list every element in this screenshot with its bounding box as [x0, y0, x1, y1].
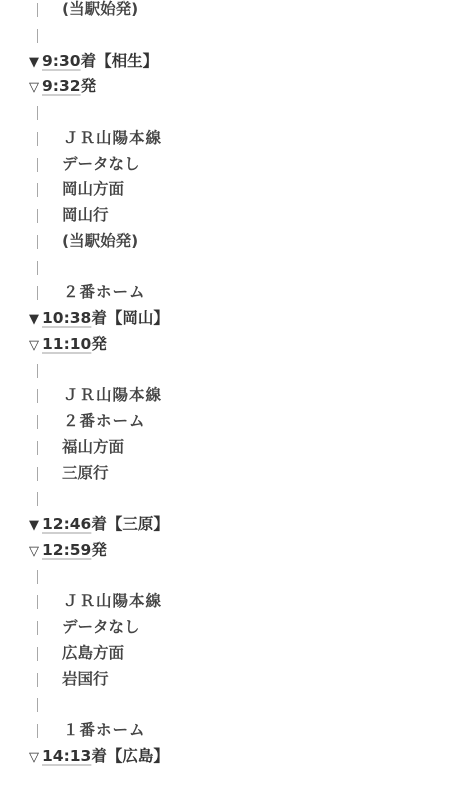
- segment-arrival-platform-row: ２番ホーム: [29, 280, 449, 306]
- route-line-bar: [37, 364, 38, 378]
- arrival-time-link[interactable]: 14:13: [42, 747, 91, 765]
- station-name: 【広島】: [107, 747, 169, 765]
- route-line-bar: [37, 621, 38, 635]
- stop-departure-row: ▽12:59発: [29, 538, 449, 564]
- segment-direction-row: 広島方面: [29, 641, 449, 667]
- departure-time-link[interactable]: 11:10: [42, 335, 91, 353]
- departure-triangle-icon: ▽: [29, 75, 42, 101]
- departure-triangle-icon: ▽: [29, 539, 42, 565]
- route-detail: (当駅始発) ▼9:30着【相生】 ▽9:32発 ＪＲ山陽本線 データなし 岡山…: [29, 0, 449, 770]
- arrival-platform: ２番ホーム: [63, 280, 146, 306]
- segment-note: (当駅始発): [62, 0, 138, 23]
- station-name: 【三原】: [107, 515, 169, 533]
- departure-platform: データなし: [62, 615, 140, 641]
- arrival-time-link[interactable]: 10:38: [42, 309, 91, 327]
- departure-platform: データなし: [62, 152, 140, 178]
- route-line-bar: [37, 132, 38, 146]
- train-destination: 岡山行: [62, 203, 109, 229]
- segment-spacer-row: [29, 486, 449, 512]
- route-line-bar: [37, 29, 38, 43]
- departure-suffix: 発: [91, 541, 107, 559]
- segment-destination-row: 三原行: [29, 461, 449, 487]
- train-destination: 岩国行: [62, 667, 109, 693]
- arrival-suffix: 着: [91, 515, 107, 533]
- arrival-triangle-icon: ▽: [29, 745, 42, 771]
- route-line-bar: [37, 441, 38, 455]
- segment-spacer-row: [29, 692, 449, 718]
- train-line-name: ＪＲ山陽本線: [63, 383, 162, 409]
- route-line-bar: [37, 3, 38, 17]
- segment-note: (当駅始発): [62, 229, 138, 255]
- segment-note-row: (当駅始発): [29, 0, 449, 23]
- segment-note-row: (当駅始発): [29, 229, 449, 255]
- segment-line-name-row: ＪＲ山陽本線: [29, 126, 449, 152]
- route-line-bar: [37, 209, 38, 223]
- train-direction: 福山方面: [62, 435, 124, 461]
- route-line-bar: [37, 595, 38, 609]
- route-line-bar: [37, 570, 38, 584]
- arrival-time-link[interactable]: 9:30: [42, 52, 81, 70]
- arrival-suffix: 着: [91, 747, 107, 765]
- departure-triangle-icon: ▽: [29, 333, 42, 359]
- arrival-triangle-icon: ▼: [29, 513, 42, 539]
- segment-platform-row: データなし: [29, 615, 449, 641]
- departure-time-link[interactable]: 12:59: [42, 541, 91, 559]
- segment-spacer-row: [29, 23, 449, 49]
- segment-destination-row: 岡山行: [29, 203, 449, 229]
- route-line-bar: [37, 389, 38, 403]
- stop-arrival-row: ▼9:30着【相生】: [29, 49, 449, 75]
- stop-final-arrival-row: ▽14:13着【広島】: [29, 744, 449, 770]
- segment-arrival-platform-row: １番ホーム: [29, 718, 449, 744]
- arrival-suffix: 着: [81, 52, 97, 70]
- stop-departure-row: ▽11:10発: [29, 332, 449, 358]
- segment-line-name-row: ＪＲ山陽本線: [29, 383, 449, 409]
- route-line-bar: [37, 286, 38, 300]
- arrival-triangle-icon: ▼: [29, 50, 42, 76]
- train-line-name: ＪＲ山陽本線: [63, 126, 162, 152]
- segment-line-name-row: ＪＲ山陽本線: [29, 589, 449, 615]
- segment-spacer-row: [29, 100, 449, 126]
- route-line-bar: [37, 235, 38, 249]
- arrival-triangle-icon: ▼: [29, 307, 42, 333]
- route-line-bar: [37, 467, 38, 481]
- stop-arrival-row: ▼12:46着【三原】: [29, 512, 449, 538]
- segment-spacer-row: [29, 255, 449, 281]
- stop-arrival-row: ▼10:38着【岡山】: [29, 306, 449, 332]
- route-line-bar: [37, 261, 38, 275]
- segment-destination-row: 岩国行: [29, 667, 449, 693]
- train-direction: 岡山方面: [62, 177, 124, 203]
- segment-spacer-row: [29, 564, 449, 590]
- train-destination: 三原行: [62, 461, 109, 487]
- route-line-bar: [37, 158, 38, 172]
- route-line-bar: [37, 673, 38, 687]
- segment-platform-row: ２番ホーム: [29, 409, 449, 435]
- train-line-name: ＪＲ山陽本線: [63, 589, 162, 615]
- train-direction: 広島方面: [62, 641, 124, 667]
- station-name: 【岡山】: [107, 309, 169, 327]
- stop-departure-row: ▽9:32発: [29, 74, 449, 100]
- segment-direction-row: 岡山方面: [29, 177, 449, 203]
- route-line-bar: [37, 106, 38, 120]
- segment-platform-row: データなし: [29, 152, 449, 178]
- route-line-bar: [37, 415, 38, 429]
- segment-direction-row: 福山方面: [29, 435, 449, 461]
- route-line-bar: [37, 724, 38, 738]
- station-name: 【相生】: [96, 52, 158, 70]
- departure-suffix: 発: [91, 335, 107, 353]
- departure-platform: ２番ホーム: [63, 409, 146, 435]
- route-line-bar: [37, 492, 38, 506]
- segment-spacer-row: [29, 358, 449, 384]
- departure-time-link[interactable]: 9:32: [42, 77, 81, 95]
- departure-suffix: 発: [81, 77, 97, 95]
- arrival-platform: １番ホーム: [63, 718, 146, 744]
- route-line-bar: [37, 647, 38, 661]
- arrival-suffix: 着: [91, 309, 107, 327]
- arrival-time-link[interactable]: 12:46: [42, 515, 91, 533]
- route-line-bar: [37, 183, 38, 197]
- route-line-bar: [37, 698, 38, 712]
